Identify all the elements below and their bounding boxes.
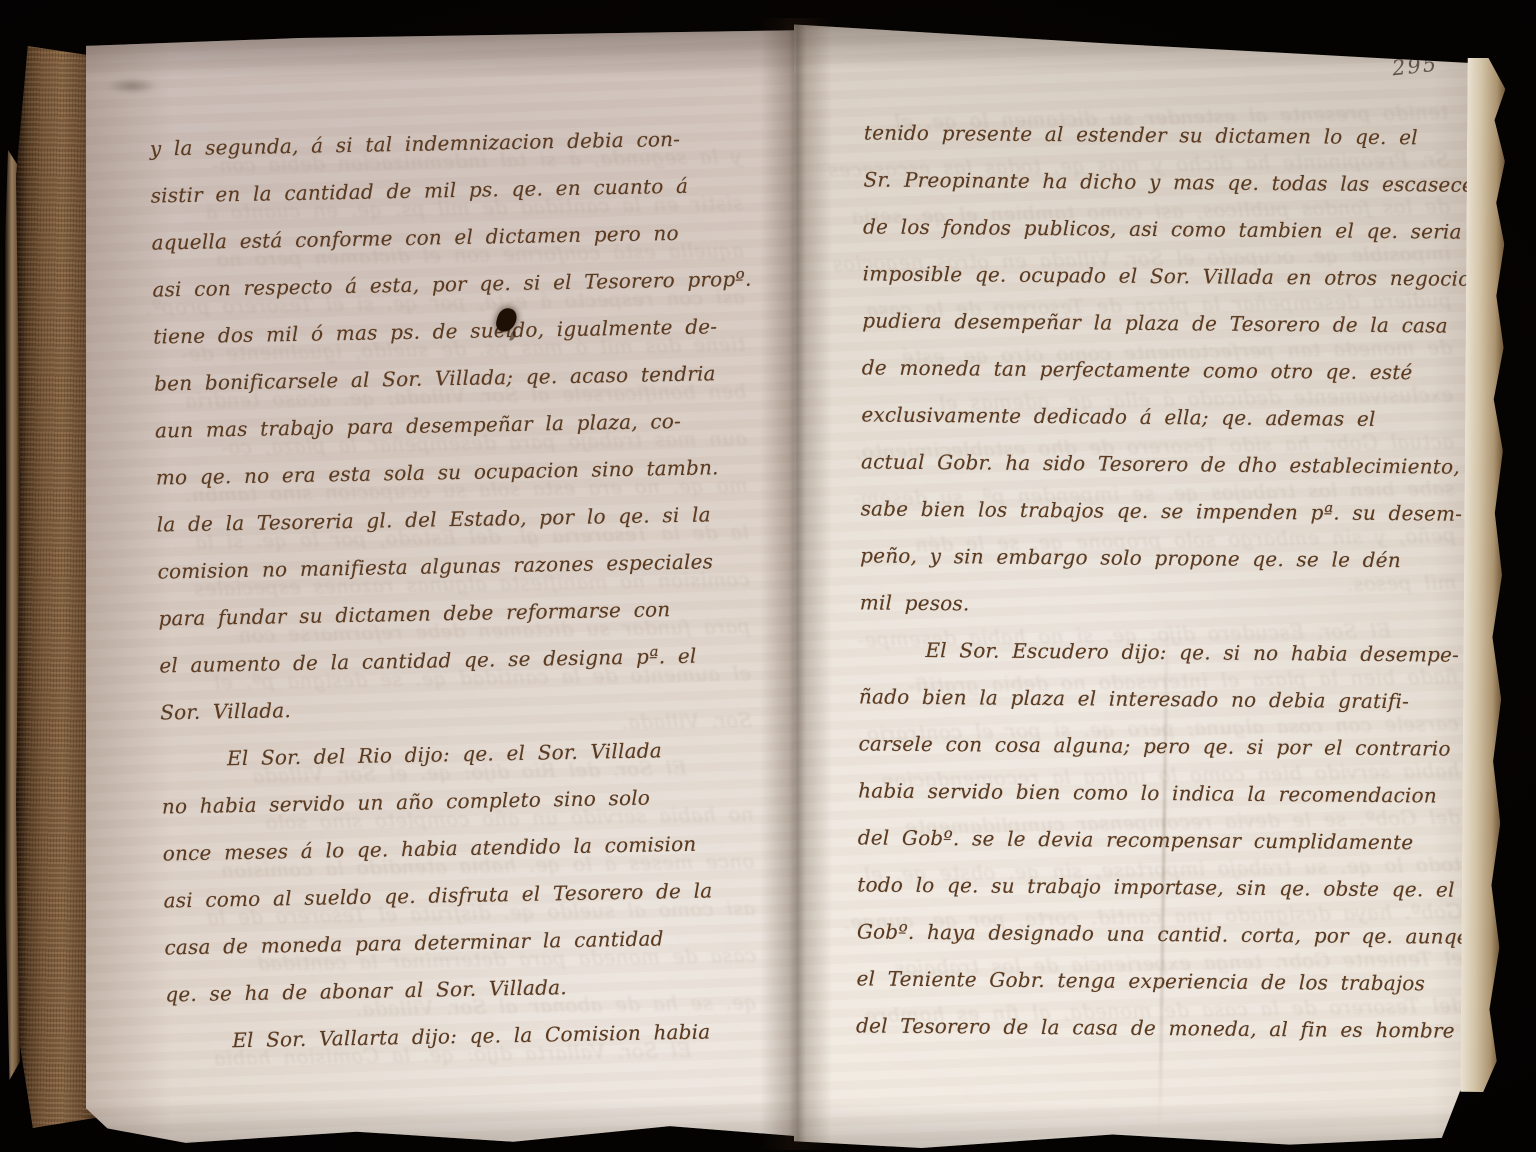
manuscript-line: habia servido bien como lo indica la rec… [858, 767, 1448, 819]
manuscript-photo: y la segunda, á si tal indemnizacion deb… [0, 0, 1536, 1152]
left-page-text: y la segunda, á si tal indemnizacion deb… [149, 115, 770, 1066]
right-page: tenido presente al estender su dictamen … [794, 20, 1502, 1148]
manuscript-line: tenido presente al estender su dictamen … [864, 109, 1454, 161]
left-page: y la segunda, á si tal indemnizacion deb… [86, 28, 798, 1144]
page-number: 295 [1391, 52, 1439, 81]
manuscript-line: exclusivamente dedicado á ella; qe. adem… [861, 391, 1451, 443]
manuscript-line: El Sor. Vallarta dijo: qe. la Comision h… [166, 1007, 771, 1065]
manuscript-line: de moneda tan perfectamente como otro qe… [862, 344, 1452, 396]
manuscript-line: pudiera desempeñar la plaza de Tesorero … [862, 297, 1452, 349]
manuscript-line: carsele con cosa alguna; pero qe. si por… [858, 720, 1448, 772]
manuscript-line: Sr. Preopinante ha dicho y mas qe. todas… [863, 156, 1453, 208]
manuscript-line: todo lo qe. su trabajo importase, sin qe… [857, 861, 1447, 913]
manuscript-line: ñado bien la plaza el interesado no debi… [859, 673, 1449, 725]
manuscript-line: sabe bien los trabajos qe. se impenden p… [860, 485, 1450, 537]
page-deckle-edge [1460, 58, 1505, 1092]
manuscript-line: actual Gobr. ha sido Tesorero de dho est… [861, 438, 1451, 490]
manuscript-line: de los fondos publicos, asi como tambien… [863, 203, 1453, 255]
manuscript-line: el Teniente Gobr. tenga experiencia de l… [856, 955, 1446, 1007]
manuscript-line: imposible qe. ocupado el Sor. Villada en… [862, 250, 1452, 302]
right-page-text: tenido presente al estender su dictamen … [856, 109, 1454, 1054]
paper-smudge [106, 78, 158, 94]
manuscript-line: El Sor. Escudero dijo: qe. si no habia d… [859, 626, 1449, 678]
manuscript-line: del Gobº. se le devia recompensar cumpli… [858, 814, 1448, 866]
manuscript-line: peño, y sin embargo solo propone qe. se … [860, 532, 1450, 584]
manuscript-line: mil pesos. [860, 579, 1450, 631]
manuscript-line: del Tesorero de la casa de moneda, al fi… [856, 1002, 1446, 1054]
manuscript-line: Gobº. haya designado una cantid. corta, … [857, 908, 1447, 960]
